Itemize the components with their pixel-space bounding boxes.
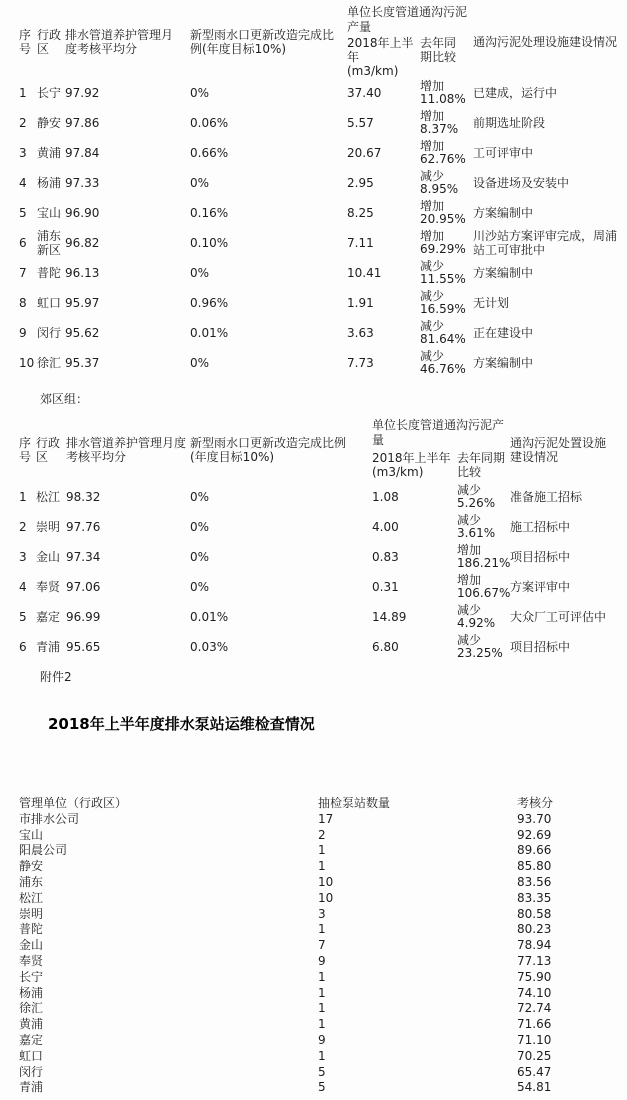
cell-score: 95.37 — [65, 348, 190, 378]
table-row: 阳晨公司 1 89.66 — [19, 843, 627, 859]
header-renewal: 新型雨水口更新改造完成比 例(年度目标10%) — [190, 5, 347, 78]
cell-unit: 松江 — [19, 891, 318, 907]
table-row: 金山 7 78.94 — [19, 938, 627, 954]
cell-sludge: 5.57 — [347, 108, 420, 138]
cell-renewal: 0% — [190, 348, 347, 378]
pump-table-header: 管理单位（行政区） 抽检泵站数量 考核分 — [19, 796, 627, 812]
cell-facility: 大众厂工可评估中 — [510, 602, 627, 632]
cell-district: 金山 — [36, 542, 66, 572]
header-seq: 序 号 — [19, 5, 37, 78]
urban-district-table: 序 号 行政 区 排水管道养护管理月 度考核平均分 新型雨水口更新改造完成比 例… — [19, 5, 627, 378]
table-row: 7 普陀 96.13 0% 10.41 减少 11.55% 方案编制中 — [19, 258, 627, 288]
cell-score: 77.13 — [517, 954, 627, 970]
cell-sludge: 20.67 — [347, 138, 420, 168]
cell-unit: 静安 — [19, 859, 318, 875]
cell-count: 5 — [318, 1065, 517, 1081]
header-score: 考核分 — [517, 796, 627, 812]
cell-score: 92.69 — [517, 828, 627, 844]
cell-count: 1 — [318, 859, 517, 875]
cell-sludge: 4.00 — [372, 512, 457, 542]
cell-district: 普陀 — [37, 258, 65, 288]
cell-score: 78.94 — [517, 938, 627, 954]
cell-count: 1 — [318, 970, 517, 986]
cell-count: 9 — [318, 1033, 517, 1049]
header-sludge-sub: 2018年上半年 (m3/km) — [347, 36, 420, 78]
cell-sludge: 7.73 — [347, 348, 420, 378]
cell-unit: 浦东 — [19, 875, 318, 891]
cell-score: 72.74 — [517, 1001, 627, 1017]
cell-facility: 方案评审中 — [510, 572, 627, 602]
cell-seq: 6 — [19, 632, 36, 662]
cell-facility: 前期选址阶段 — [473, 108, 627, 138]
cell-renewal: 0% — [190, 168, 347, 198]
cell-unit: 金山 — [19, 938, 318, 954]
cell-score: 54.81 — [517, 1080, 627, 1096]
cell-yoy: 增加 106.67% — [457, 572, 510, 602]
table-row: 浦东 10 83.56 — [19, 875, 627, 891]
cell-yoy: 增加 11.08% — [420, 78, 473, 108]
table-row: 4 奉贤 97.06 0% 0.31 增加 106.67% 方案评审中 — [19, 572, 627, 602]
cell-facility: 方案编制中 — [473, 348, 627, 378]
cell-unit: 虹口 — [19, 1049, 318, 1065]
cell-count: 10 — [318, 875, 517, 891]
table-row: 崇明 3 80.58 — [19, 907, 627, 923]
cell-count: 1 — [318, 922, 517, 938]
cell-facility: 川沙站方案评审完成，周浦站工可审批中 — [473, 228, 627, 258]
cell-district: 长宁 — [37, 78, 65, 108]
cell-score: 75.90 — [517, 970, 627, 986]
pump-station-report-title: 2018年上半年度排水泵站运维检查情况 — [48, 714, 627, 734]
cell-seq: 3 — [19, 542, 36, 572]
cell-renewal: 0% — [190, 542, 372, 572]
cell-yoy: 增加 8.37% — [420, 108, 473, 138]
cell-facility: 设备进场及安装中 — [473, 168, 627, 198]
cell-renewal: 0.10% — [190, 228, 347, 258]
cell-score: 97.84 — [65, 138, 190, 168]
cell-count: 3 — [318, 907, 517, 923]
header-district: 行政 区 — [36, 418, 66, 482]
cell-unit: 青浦 — [19, 1080, 318, 1096]
cell-score: 98.32 — [66, 482, 190, 512]
cell-facility: 工可评审中 — [473, 138, 627, 168]
cell-district: 静安 — [37, 108, 65, 138]
header-facility: 通沟污泥处置设施 建设情况 — [510, 418, 627, 482]
cell-score: 80.23 — [517, 922, 627, 938]
cell-yoy: 减少 5.26% — [457, 482, 510, 512]
table-row: 静安 1 85.80 — [19, 859, 627, 875]
cell-renewal: 0.03% — [190, 632, 372, 662]
table-row: 长宁 1 75.90 — [19, 970, 627, 986]
pump-station-table: 管理单位（行政区） 抽检泵站数量 考核分 市排水公司 17 93.70 宝山 2… — [19, 796, 627, 1096]
cell-count: 1 — [318, 1001, 517, 1017]
cell-sludge: 6.80 — [372, 632, 457, 662]
table-row: 10 徐汇 95.37 0% 7.73 减少 46.76% 方案编制中 — [19, 348, 627, 378]
suburb-group-label: 郊区组： — [40, 392, 627, 406]
cell-score: 96.82 — [65, 228, 190, 258]
table-row: 1 长宁 97.92 0% 37.40 增加 11.08% 已建成，运行中 — [19, 78, 627, 108]
table-row: 3 金山 97.34 0% 0.83 增加 186.21% 项目招标中 — [19, 542, 627, 572]
table-row: 5 宝山 96.90 0.16% 8.25 增加 20.95% 方案编制中 — [19, 198, 627, 228]
table-row: 徐汇 1 72.74 — [19, 1001, 627, 1017]
cell-seq: 2 — [19, 512, 36, 542]
cell-facility: 项目招标中 — [510, 632, 627, 662]
header-sludge-sub: 2018年上半年 (m3/km) — [372, 451, 457, 482]
cell-seq: 4 — [19, 572, 36, 602]
cell-count: 1 — [318, 1017, 517, 1033]
cell-count: 9 — [318, 954, 517, 970]
cell-yoy: 减少 3.61% — [457, 512, 510, 542]
cell-seq: 5 — [19, 602, 36, 632]
cell-seq: 10 — [19, 348, 37, 378]
urban-table-header: 序 号 行政 区 排水管道养护管理月 度考核平均分 新型雨水口更新改造完成比 例… — [19, 5, 627, 78]
cell-renewal: 0% — [190, 78, 347, 108]
cell-score: 95.65 — [66, 632, 190, 662]
header-district: 行政 区 — [37, 5, 65, 78]
cell-count: 10 — [318, 891, 517, 907]
cell-facility: 正在建设中 — [473, 318, 627, 348]
cell-score: 97.06 — [66, 572, 190, 602]
cell-facility: 项目招标中 — [510, 542, 627, 572]
cell-district: 奉贤 — [36, 572, 66, 602]
cell-unit: 崇明 — [19, 907, 318, 923]
cell-score: 85.80 — [517, 859, 627, 875]
cell-unit: 嘉定 — [19, 1033, 318, 1049]
table-row: 2 崇明 97.76 0% 4.00 减少 3.61% 施工招标中 — [19, 512, 627, 542]
cell-yoy: 增加 20.95% — [420, 198, 473, 228]
cell-score: 80.58 — [517, 907, 627, 923]
table-row: 虹口 1 70.25 — [19, 1049, 627, 1065]
cell-score: 65.47 — [517, 1065, 627, 1081]
table-row: 嘉定 9 71.10 — [19, 1033, 627, 1049]
cell-score: 95.62 — [65, 318, 190, 348]
cell-renewal: 0.06% — [190, 108, 347, 138]
cell-sludge: 37.40 — [347, 78, 420, 108]
cell-count: 7 — [318, 938, 517, 954]
table-row: 6 青浦 95.65 0.03% 6.80 减少 23.25% 项目招标中 — [19, 632, 627, 662]
table-row: 3 黄浦 97.84 0.66% 20.67 增加 62.76% 工可评审中 — [19, 138, 627, 168]
document-page: 序 号 行政 区 排水管道养护管理月 度考核平均分 新型雨水口更新改造完成比 例… — [0, 0, 627, 1100]
cell-seq: 1 — [19, 78, 37, 108]
cell-sludge: 1.08 — [372, 482, 457, 512]
cell-district: 徐汇 — [37, 348, 65, 378]
cell-seq: 1 — [19, 482, 36, 512]
cell-score: 95.97 — [65, 288, 190, 318]
table-row: 8 虹口 95.97 0.96% 1.91 减少 16.59% 无计划 — [19, 288, 627, 318]
cell-facility: 方案编制中 — [473, 258, 627, 288]
cell-renewal: 0% — [190, 572, 372, 602]
table-row: 市排水公司 17 93.70 — [19, 812, 627, 828]
cell-score: 74.10 — [517, 986, 627, 1002]
cell-district: 松江 — [36, 482, 66, 512]
header-score: 排水管道养护管理月度 考核平均分 — [66, 418, 190, 482]
cell-score: 83.35 — [517, 891, 627, 907]
header-yoy: 去年同 期比较 — [420, 36, 473, 78]
cell-district: 宝山 — [37, 198, 65, 228]
cell-score: 96.99 — [66, 602, 190, 632]
cell-unit: 徐汇 — [19, 1001, 318, 1017]
cell-unit: 闵行 — [19, 1065, 318, 1081]
cell-yoy: 减少 11.55% — [420, 258, 473, 288]
cell-score: 71.66 — [517, 1017, 627, 1033]
cell-renewal: 0% — [190, 258, 347, 288]
cell-count: 1 — [318, 986, 517, 1002]
table-row: 宝山 2 92.69 — [19, 828, 627, 844]
suburb-table-header: 序 号 行政 区 排水管道养护管理月度 考核平均分 新型雨水口更新改造完成比例 … — [19, 418, 627, 482]
cell-renewal: 0.16% — [190, 198, 347, 228]
cell-score: 83.56 — [517, 875, 627, 891]
cell-sludge: 8.25 — [347, 198, 420, 228]
header-count: 抽检泵站数量 — [318, 796, 517, 812]
cell-seq: 9 — [19, 318, 37, 348]
cell-count: 1 — [318, 843, 517, 859]
cell-renewal: 0.01% — [190, 318, 347, 348]
cell-sludge: 7.11 — [347, 228, 420, 258]
cell-yoy: 减少 16.59% — [420, 288, 473, 318]
cell-seq: 6 — [19, 228, 37, 258]
table-row: 松江 10 83.35 — [19, 891, 627, 907]
table-row: 5 嘉定 96.99 0.01% 14.89 减少 4.92% 大众厂工可评估中 — [19, 602, 627, 632]
header-yoy: 去年同期 比较 — [457, 451, 510, 482]
cell-score: 96.13 — [65, 258, 190, 288]
cell-seq: 4 — [19, 168, 37, 198]
cell-renewal: 0.66% — [190, 138, 347, 168]
cell-renewal: 0% — [190, 512, 372, 542]
cell-yoy: 减少 46.76% — [420, 348, 473, 378]
cell-score: 97.92 — [65, 78, 190, 108]
cell-district: 嘉定 — [36, 602, 66, 632]
cell-sludge: 3.63 — [347, 318, 420, 348]
table-row: 2 静安 97.86 0.06% 5.57 增加 8.37% 前期选址阶段 — [19, 108, 627, 138]
cell-facility: 无计划 — [473, 288, 627, 318]
cell-unit: 宝山 — [19, 828, 318, 844]
table-row: 9 闵行 95.62 0.01% 3.63 减少 81.64% 正在建设中 — [19, 318, 627, 348]
cell-facility: 准备施工招标 — [510, 482, 627, 512]
header-seq: 序 号 — [19, 418, 36, 482]
table-row: 普陀 1 80.23 — [19, 922, 627, 938]
cell-score: 97.86 — [65, 108, 190, 138]
header-facility: 通沟污泥处理设施建设情况 — [473, 5, 627, 78]
cell-score: 71.10 — [517, 1033, 627, 1049]
cell-count: 1 — [318, 1049, 517, 1065]
cell-seq: 2 — [19, 108, 37, 138]
table-row: 奉贤 9 77.13 — [19, 954, 627, 970]
cell-renewal: 0.01% — [190, 602, 372, 632]
cell-unit: 市排水公司 — [19, 812, 318, 828]
cell-renewal: 0.96% — [190, 288, 347, 318]
header-unit: 管理单位（行政区） — [19, 796, 318, 812]
cell-seq: 7 — [19, 258, 37, 288]
cell-seq: 3 — [19, 138, 37, 168]
cell-yoy: 增加 62.76% — [420, 138, 473, 168]
cell-score: 97.34 — [66, 542, 190, 572]
cell-unit: 奉贤 — [19, 954, 318, 970]
cell-yoy: 减少 81.64% — [420, 318, 473, 348]
cell-district: 浦东 新区 — [37, 228, 65, 258]
cell-district: 闵行 — [37, 318, 65, 348]
header-score: 排水管道养护管理月 度考核平均分 — [65, 5, 190, 78]
suburb-district-table: 序 号 行政 区 排水管道养护管理月度 考核平均分 新型雨水口更新改造完成比例 … — [19, 418, 627, 662]
header-renewal: 新型雨水口更新改造完成比例 (年度目标10%) — [190, 418, 372, 482]
cell-count: 2 — [318, 828, 517, 844]
cell-district: 青浦 — [36, 632, 66, 662]
cell-district: 虹口 — [37, 288, 65, 318]
cell-score: 96.90 — [65, 198, 190, 228]
cell-yoy: 减少 8.95% — [420, 168, 473, 198]
table-row: 杨浦 1 74.10 — [19, 986, 627, 1002]
cell-unit: 杨浦 — [19, 986, 318, 1002]
table-row: 6 浦东 新区 96.82 0.10% 7.11 增加 69.29% 川沙站方案… — [19, 228, 627, 258]
table-row: 黄浦 1 71.66 — [19, 1017, 627, 1033]
cell-unit: 黄浦 — [19, 1017, 318, 1033]
cell-facility: 施工招标中 — [510, 512, 627, 542]
cell-score: 89.66 — [517, 843, 627, 859]
cell-renewal: 0% — [190, 482, 372, 512]
table-row: 1 松江 98.32 0% 1.08 减少 5.26% 准备施工招标 — [19, 482, 627, 512]
cell-seq: 5 — [19, 198, 37, 228]
cell-sludge: 10.41 — [347, 258, 420, 288]
cell-facility: 方案编制中 — [473, 198, 627, 228]
cell-yoy: 增加 69.29% — [420, 228, 473, 258]
cell-score: 93.70 — [517, 812, 627, 828]
table-row: 4 杨浦 97.33 0% 2.95 减少 8.95% 设备进场及安装中 — [19, 168, 627, 198]
cell-sludge: 1.91 — [347, 288, 420, 318]
cell-yoy: 减少 23.25% — [457, 632, 510, 662]
table-row: 闵行 5 65.47 — [19, 1065, 627, 1081]
cell-unit: 长宁 — [19, 970, 318, 986]
cell-score: 70.25 — [517, 1049, 627, 1065]
cell-district: 黄浦 — [37, 138, 65, 168]
cell-score: 97.76 — [66, 512, 190, 542]
table-row: 青浦 5 54.81 — [19, 1080, 627, 1096]
cell-count: 17 — [318, 812, 517, 828]
cell-sludge: 2.95 — [347, 168, 420, 198]
cell-yoy: 增加 186.21% — [457, 542, 510, 572]
cell-unit: 普陀 — [19, 922, 318, 938]
cell-sludge: 0.83 — [372, 542, 457, 572]
cell-district: 崇明 — [36, 512, 66, 542]
cell-score: 97.33 — [65, 168, 190, 198]
cell-unit: 阳晨公司 — [19, 843, 318, 859]
header-sludge-group: 单位长度管道通沟污泥 产量 — [347, 5, 473, 36]
cell-sludge: 0.31 — [372, 572, 457, 602]
cell-facility: 已建成，运行中 — [473, 78, 627, 108]
cell-sludge: 14.89 — [372, 602, 457, 632]
cell-seq: 8 — [19, 288, 37, 318]
cell-yoy: 减少 4.92% — [457, 602, 510, 632]
cell-district: 杨浦 — [37, 168, 65, 198]
attachment-label: 附件2 — [40, 670, 627, 684]
header-sludge-group: 单位长度管道通沟污泥产 量 — [372, 418, 510, 451]
cell-count: 5 — [318, 1080, 517, 1096]
